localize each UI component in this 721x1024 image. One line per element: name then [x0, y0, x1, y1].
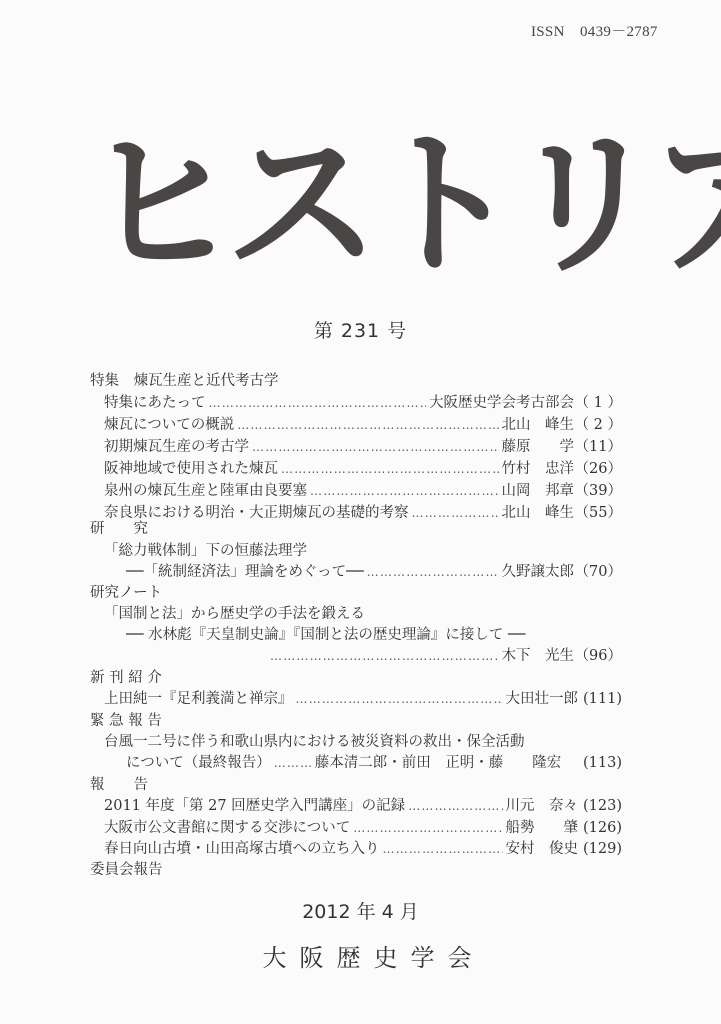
- journal-title: ヒストリア: [84, 118, 633, 293]
- entry-page: （ 1 ）: [574, 392, 622, 414]
- section-heading-research-note: 研究ノート: [90, 582, 162, 604]
- entry-page: (111): [578, 688, 622, 710]
- section-heading-urgent-report: 緊 急 報 告: [90, 710, 162, 732]
- toc-entry[interactable]: …………………………………………………………………………………………………… 木…: [270, 645, 622, 667]
- entry-author: 北山 峰生: [502, 414, 575, 436]
- entry-title: 阪神地域で使用された煉瓦: [104, 458, 278, 480]
- entry-title[interactable]: 「国制と法」から歴史学の手法を鍛える: [104, 603, 365, 625]
- entry-author: 竹村 忠洋: [502, 458, 575, 480]
- leader-dots: ……………………………………………………………………………………………………: [281, 458, 499, 480]
- entry-author: 木下 光生: [502, 645, 575, 667]
- section-heading-research: 研 究: [90, 518, 148, 540]
- toc-entry[interactable]: 特集にあたって ………………………………………………………………………………………: [104, 392, 622, 414]
- toc-entry[interactable]: 初期煉瓦生産の考古学 ………………………………………………………………………………: [104, 436, 622, 458]
- issue-number: 第 231 号: [0, 316, 721, 343]
- entry-title[interactable]: 「総力戦体制」下の恒藤法理学: [104, 540, 307, 562]
- publication-date: 2012 年 4 月: [0, 897, 721, 924]
- toc-entry[interactable]: 泉州の煉瓦生産と陸軍由良要塞 ……………………………………………………………………: [104, 480, 622, 502]
- leader-dots: ……………………………………………………………………………………………………: [310, 480, 499, 502]
- entry-page: （96）: [574, 645, 622, 667]
- publisher-name: 大阪歴史学会: [0, 938, 721, 973]
- toc-entry[interactable]: 大阪市公文書館に関する交渉について ……………………………………………………………: [104, 817, 622, 839]
- toc-entry[interactable]: について（最終報告） ………………………………………………………………………………: [126, 752, 622, 774]
- toc-entry[interactable]: 上田純一『足利義満と禅宗』 ………………………………………………………………………: [104, 688, 622, 710]
- section-heading-feature: 特集 煉瓦生産と近代考古学: [90, 370, 279, 392]
- entry-page: (129): [578, 838, 622, 860]
- leader-dots: ……………………………………………………………………………………………………: [274, 752, 312, 774]
- entry-page: （26）: [574, 458, 622, 480]
- entry-page: (113): [578, 752, 622, 774]
- entry-title: 2011 年度「第 27 回歴史学入門講座」の記録: [104, 795, 405, 817]
- leader-dots: ……………………………………………………………………………………………………: [296, 688, 503, 710]
- leader-dots: ……………………………………………………………………………………………………: [209, 392, 427, 414]
- entry-title: 大阪市公文書館に関する交渉について: [104, 817, 350, 839]
- entry-author: 大阪歴史学会考古部会: [429, 392, 574, 414]
- entry-author: 安村 俊史: [506, 838, 579, 860]
- leader-dots: ……………………………………………………………………………………………………: [237, 414, 498, 436]
- entry-page: （39）: [574, 480, 622, 502]
- entry-title: 上田純一『足利義満と禅宗』: [104, 688, 293, 710]
- entry-page: （11）: [574, 436, 622, 458]
- toc-entry[interactable]: 春日向山古墳・山田高塚古墳への立ち入り ………………………………………………………: [104, 838, 622, 860]
- entry-author: 藤本清二郎・前田 正明・藤 隆宏: [315, 752, 578, 774]
- entry-page: (123): [578, 795, 622, 817]
- entry-page: (126): [578, 817, 622, 839]
- leader-dots: ……………………………………………………………………………………………………: [270, 645, 499, 667]
- toc-entry[interactable]: ──「統制経済法」理論をめぐって── …………………………………………………………: [126, 561, 622, 583]
- toc-entry[interactable]: 煉瓦についての概説 …………………………………………………………………………………: [104, 414, 622, 436]
- section-heading-report: 報 告: [90, 774, 148, 796]
- entry-author: 藤原 学: [502, 436, 575, 458]
- toc-entry[interactable]: 阪神地域で使用された煉瓦 …………………………………………………………………………: [104, 458, 622, 480]
- section-heading-book-review: 新 刊 紹 介: [90, 667, 162, 689]
- entry-title: 泉州の煉瓦生産と陸軍由良要塞: [104, 480, 307, 502]
- entry-title: 特集にあたって: [104, 392, 206, 414]
- entry-author: 船勢 肇: [506, 817, 579, 839]
- entry-title: 奈良県における明治・大正期煉瓦の基礎的考察: [104, 502, 409, 524]
- toc-entry[interactable]: 2011 年度「第 27 回歴史学入門講座」の記録 ………………………………………: [104, 795, 622, 817]
- entry-author: 山岡 邦章: [502, 480, 575, 502]
- leader-dots: ……………………………………………………………………………………………………: [367, 561, 499, 583]
- issn-number: ISSN 0439－2787: [531, 20, 658, 41]
- leader-dots: ……………………………………………………………………………………………………: [408, 795, 502, 817]
- leader-dots: ……………………………………………………………………………………………………: [252, 436, 499, 458]
- entry-author: 大田壮一郎: [506, 688, 579, 710]
- section-heading-committee-report[interactable]: 委員会報告: [90, 859, 163, 881]
- entry-page: （70）: [574, 561, 622, 583]
- entry-title-continued: について（最終報告）: [126, 752, 271, 774]
- entry-title: 煉瓦についての概説: [104, 414, 234, 436]
- entry-title: 春日向山古墳・山田高塚古墳への立ち入り: [104, 838, 380, 860]
- entry-subtitle: ──「統制経済法」理論をめぐって──: [126, 561, 364, 583]
- toc-entry[interactable]: 奈良県における明治・大正期煉瓦の基礎的考察 …………………………………………………: [104, 502, 622, 524]
- entry-page: （ 2 ）: [574, 414, 622, 436]
- entry-author: 北山 峰生: [502, 502, 575, 524]
- leader-dots: ……………………………………………………………………………………………………: [383, 838, 503, 860]
- entry-title[interactable]: 台風一二号に伴う和歌山県内における被災資料の救出・保全活動: [104, 731, 525, 753]
- entry-title: 初期煉瓦生産の考古学: [104, 436, 249, 458]
- entry-page: （55）: [574, 502, 622, 524]
- entry-subtitle: ── 水林彪『天皇制史論』『国制と法の歴史理論』に接して ──: [126, 624, 525, 646]
- entry-author: 川元 奈々: [506, 795, 579, 817]
- leader-dots: ……………………………………………………………………………………………………: [353, 817, 502, 839]
- leader-dots: ……………………………………………………………………………………………………: [412, 502, 499, 524]
- entry-author: 久野譲太郎: [502, 561, 575, 583]
